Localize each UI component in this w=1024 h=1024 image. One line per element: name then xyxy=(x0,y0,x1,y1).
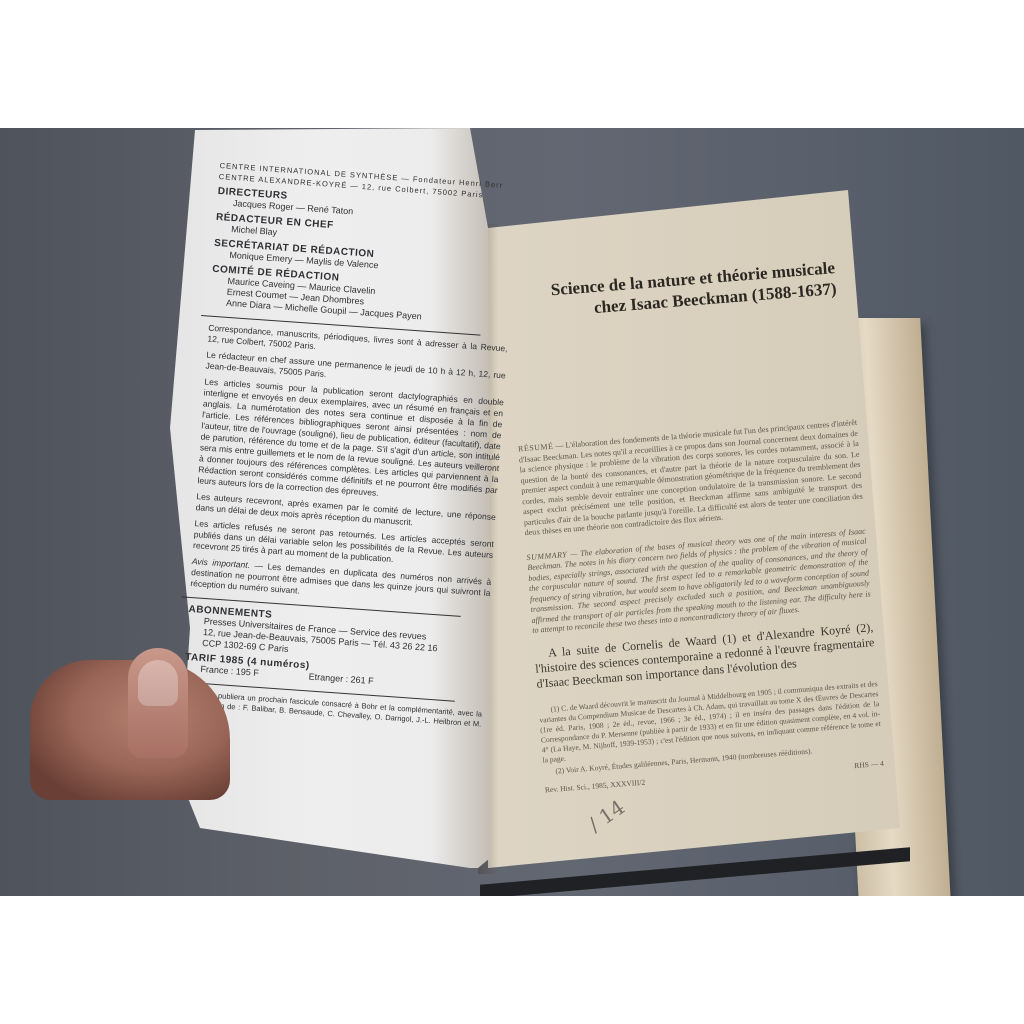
folio-left: Rev. Hist. Sci., 1985, XXXVIII/2 xyxy=(545,777,646,794)
thumbnail xyxy=(138,660,178,706)
summary: SUMMARY — The elaboration of the bases o… xyxy=(526,526,872,636)
resume: RÉSUMÉ — L'élaboration des fondements de… xyxy=(518,418,864,539)
summary-text: — The elaboration of the bases of musica… xyxy=(527,526,871,635)
left-page-text: CENTRE INTERNATIONAL DE SYNTHÈSE — Fonda… xyxy=(181,160,520,745)
folio-right: RHS — 4 xyxy=(854,758,884,769)
resume-text: — L'élaboration des fondements de la thé… xyxy=(519,418,864,537)
right-page-text: Science de la nature et théorie musicale… xyxy=(505,256,887,831)
paragraph: Les articles soumis pour la publication … xyxy=(197,376,504,507)
